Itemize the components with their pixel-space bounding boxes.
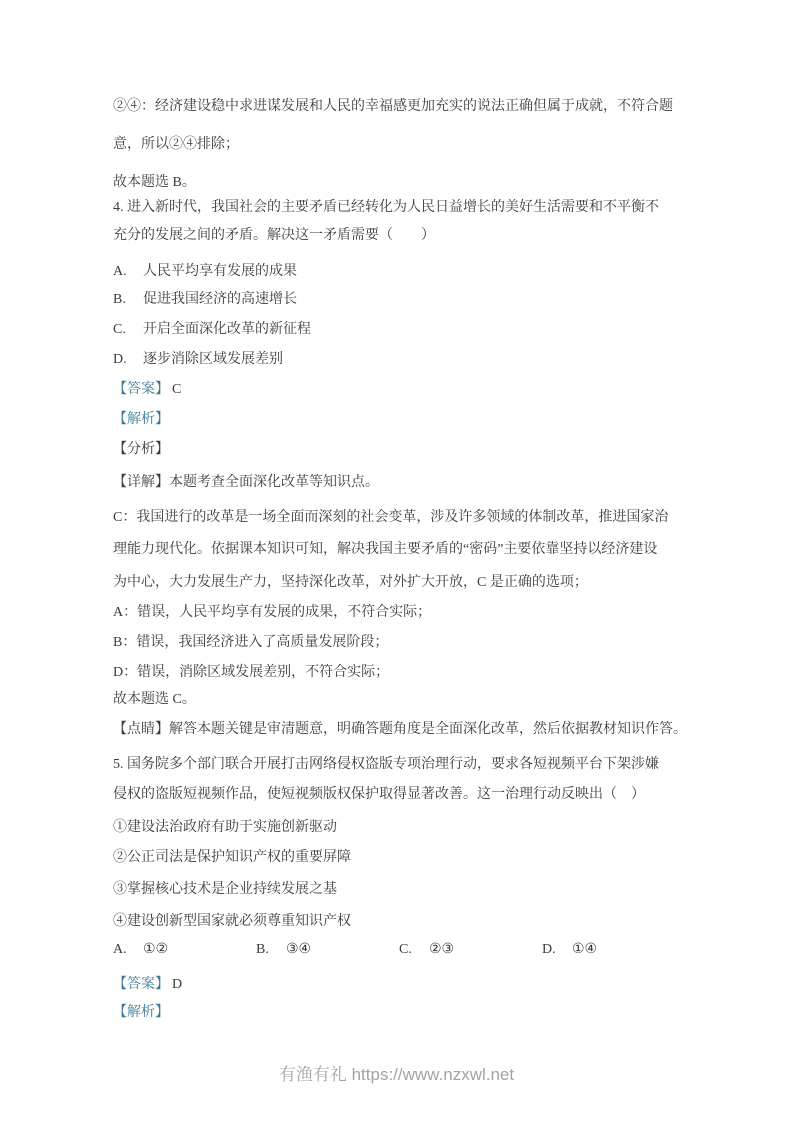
dianjing-marker: 【点睛】 bbox=[113, 722, 169, 737]
question-4-judge-b: B：错误，我国经济进入了高质量发展阶段； bbox=[113, 628, 691, 658]
question-4-option-b: B.促进我国经济的高速增长 bbox=[113, 285, 691, 315]
question-4-judge-a: A：错误，人民平均享有发展的成果，不符合实际； bbox=[113, 598, 691, 628]
question-4-option-c: C.开启全面深化改革的新征程 bbox=[113, 315, 691, 345]
option-text: ③④ bbox=[286, 942, 311, 957]
answer-marker: 【答案】 bbox=[113, 977, 169, 992]
option-label: C. bbox=[399, 935, 429, 965]
option-label: C. bbox=[113, 315, 143, 345]
question-4-dianjing-line: 【点睛】解答本题关键是审清题意，明确答题角度是全面深化改革，然后依据教材知识作答… bbox=[113, 715, 691, 745]
answer-marker: 【答案】 bbox=[113, 382, 169, 397]
question-4-fenxi-line: 【分析】 bbox=[113, 435, 691, 465]
question-5-item-4: ④建设创新型国家就必须尊重知识产权 bbox=[113, 907, 691, 937]
question-4-jiexi-line: 【解析】 bbox=[113, 405, 691, 435]
option-text: 促进我国经济的高速增长 bbox=[143, 292, 297, 307]
question-5-item-3: ③掌握核心技术是企业持续发展之基 bbox=[113, 875, 691, 905]
question-5-item-1: ①建设法治政府有助于实施创新驱动 bbox=[113, 813, 691, 843]
option-text: ②③ bbox=[429, 942, 454, 957]
q3-explanation-line-1: ②④：经济建设稳中求进谋发展和人民的幸福感更加充实的说法正确但属于成就，不符合题 bbox=[113, 92, 691, 122]
question-4-conclusion: 故本题选 C。 bbox=[113, 685, 691, 715]
answer-value: D bbox=[172, 977, 182, 992]
option-label: A. bbox=[113, 257, 143, 287]
answer-value: C bbox=[172, 382, 181, 397]
xiangjie-text: 本题考查全面深化改革等知识点。 bbox=[169, 475, 379, 490]
option-label: B. bbox=[113, 285, 143, 315]
question-5-jiexi-line: 【解析】 bbox=[113, 998, 691, 1028]
option-text: 人民平均享有发展的成果 bbox=[143, 264, 297, 279]
dianjing-text: 解答本题关键是审清题意，明确答题角度是全面深化改革，然后依据教材知识作答。 bbox=[169, 722, 687, 737]
question-4-detail-line-1: C：我国进行的改革是一场全面而深刻的社会变革，涉及许多领域的体制改革，推进国家治 bbox=[113, 503, 691, 533]
question-4-option-d: D.逐步消除区域发展差别 bbox=[113, 345, 691, 375]
option-label: B. bbox=[256, 935, 286, 965]
jiexi-marker: 【解析】 bbox=[113, 412, 169, 427]
question-5-option-d: D.①④ bbox=[542, 935, 597, 965]
option-label: D. bbox=[542, 935, 572, 965]
question-4-stem-line-1: 4. 进入新时代，我国社会的主要矛盾已经转化为人民日益增长的美好生活需要和不平衡… bbox=[113, 193, 691, 223]
fenxi-marker: 【分析】 bbox=[113, 442, 169, 457]
option-text: 开启全面深化改革的新征程 bbox=[143, 322, 311, 337]
question-4-judge-d: D：错误，消除区域发展差别，不符合实际； bbox=[113, 658, 691, 688]
option-label: A. bbox=[113, 935, 143, 965]
q3-explanation-line-2: 意，所以②④排除； bbox=[113, 130, 691, 160]
question-5-item-2: ②公正司法是保护知识产权的重要屏障 bbox=[113, 843, 691, 873]
question-4-option-a: A.人民平均享有发展的成果 bbox=[113, 257, 691, 287]
question-5-options-row: A.①② B.③④ C.②③ D.①④ bbox=[113, 935, 691, 965]
question-4-answer-line: 【答案】C bbox=[113, 375, 691, 405]
question-5-option-b: B.③④ bbox=[256, 935, 399, 965]
question-5-option-c: C.②③ bbox=[399, 935, 542, 965]
xiangjie-marker: 【详解】 bbox=[113, 475, 169, 490]
jiexi-marker: 【解析】 bbox=[113, 1005, 169, 1020]
exam-content: ②④：经济建设稳中求进谋发展和人民的幸福感更加充实的说法正确但属于成就，不符合题… bbox=[113, 0, 691, 1028]
option-text: 逐步消除区域发展差别 bbox=[143, 352, 283, 367]
option-text: ①② bbox=[143, 942, 168, 957]
option-label: D. bbox=[113, 345, 143, 375]
question-5-stem-line-1: 5. 国务院多个部门联合开展打击网络侵权盗版专项治理行动，要求各短视频平台下架涉… bbox=[113, 750, 691, 780]
question-4-xiangjie-line: 【详解】本题考查全面深化改革等知识点。 bbox=[113, 468, 691, 498]
question-4-detail-line-2: 理能力现代化。依据课本知识可知，解决我国主要矛盾的“密码”主要依靠坚持以经济建设 bbox=[113, 535, 691, 565]
question-5-answer-line: 【答案】D bbox=[113, 970, 691, 1000]
option-text: ①④ bbox=[572, 942, 597, 957]
question-4-stem-line-2: 充分的发展之间的矛盾。解决这一矛盾需要（ ） bbox=[113, 221, 691, 251]
site-footer: 有渔有礼 https://www.nzxwl.net bbox=[0, 1061, 793, 1089]
question-5-stem-line-2: 侵权的盗版短视频作品，使短视频版权保护取得显著改善。这一治理行动反映出（ ） bbox=[113, 780, 691, 810]
question-5-option-a: A.①② bbox=[113, 935, 256, 965]
question-4-detail-line-3: 为中心，大力发展生产力，坚持深化改革，对外扩大开放，C 是正确的选项； bbox=[113, 568, 691, 598]
document-page: ②④：经济建设稳中求进谋发展和人民的幸福感更加充实的说法正确但属于成就，不符合题… bbox=[0, 0, 793, 1122]
